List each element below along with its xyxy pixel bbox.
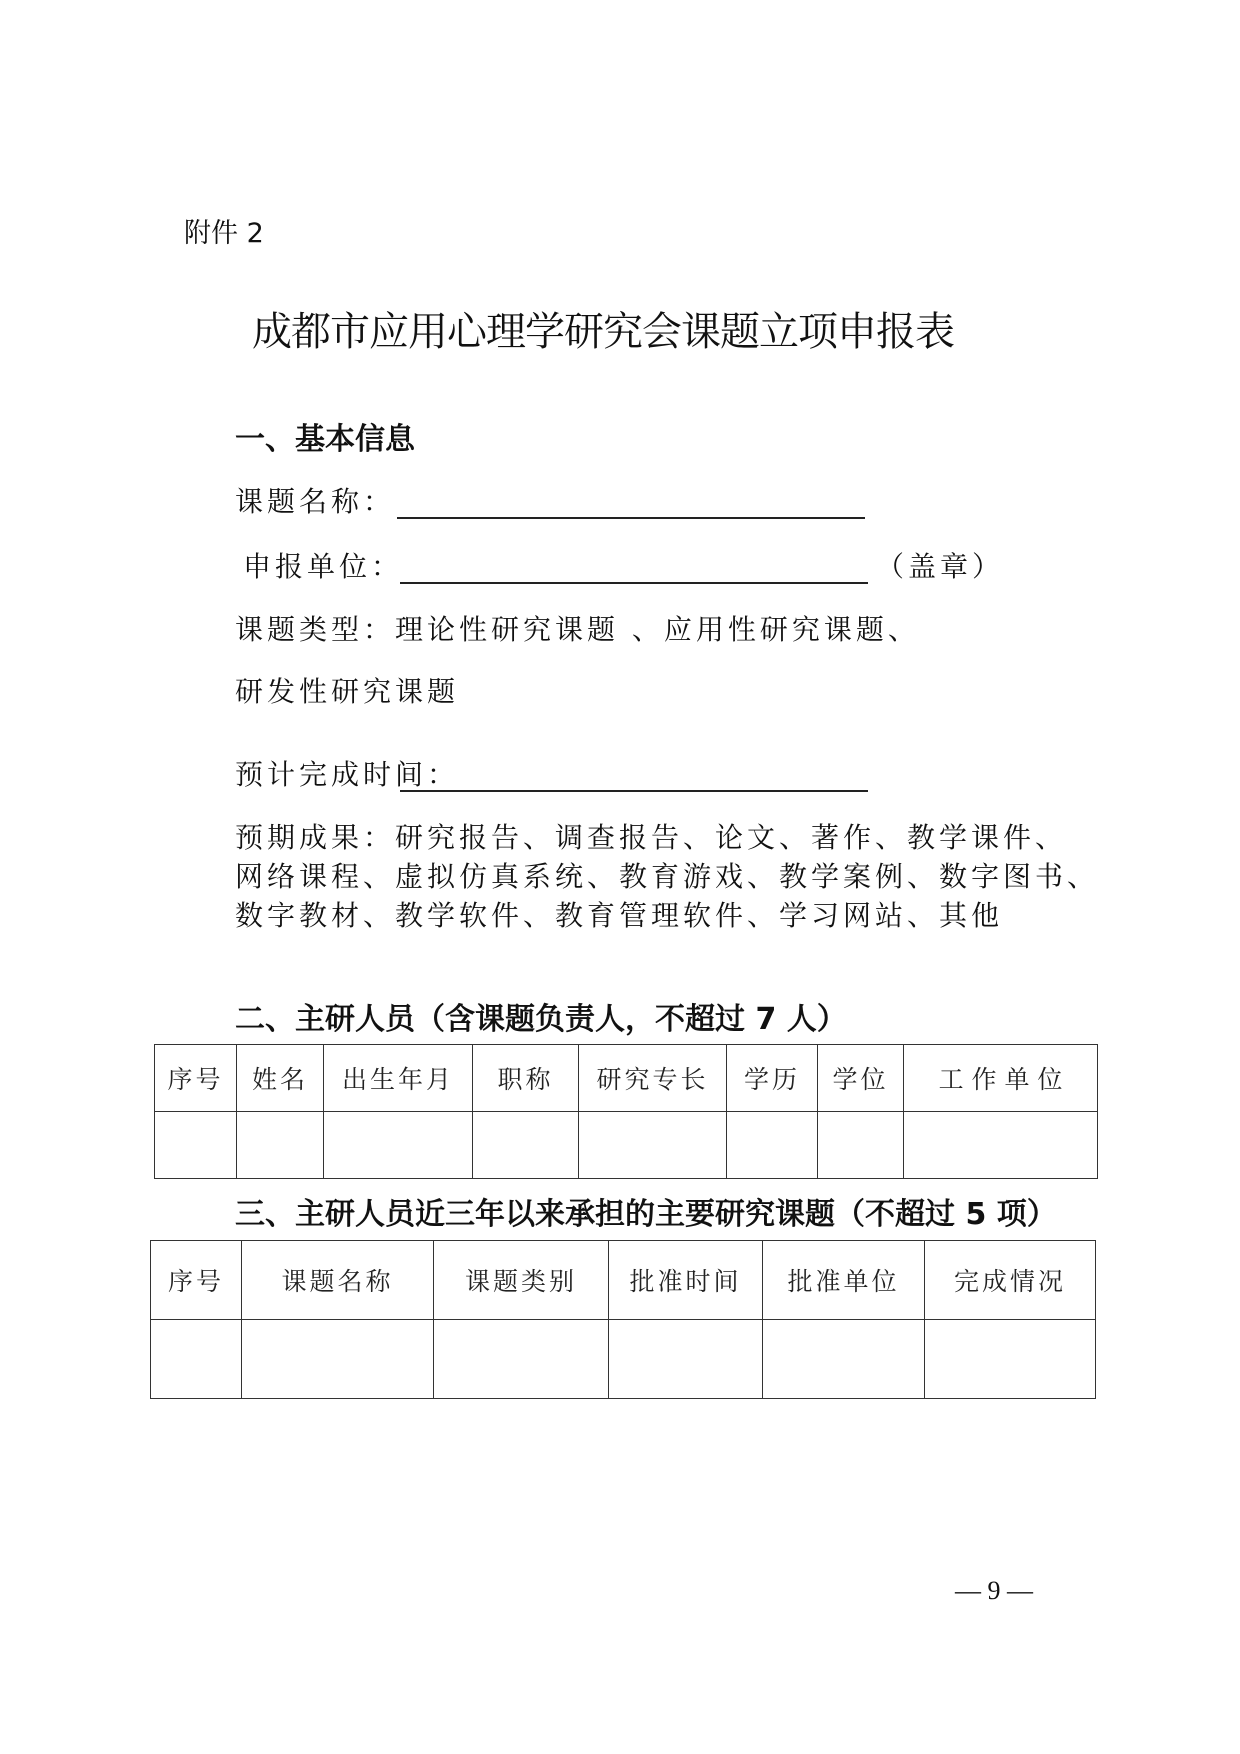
table-cell[interactable] bbox=[237, 1112, 324, 1179]
table-row bbox=[151, 1320, 1096, 1399]
researchers-table: 序号 姓名 出生年月 职称 研究专长 学历 学位 工 作 单 位 bbox=[154, 1044, 1098, 1179]
column-header: 学位 bbox=[818, 1045, 904, 1112]
table-header-row: 序号 课题名称 课题类别 批准时间 批准单位 完成情况 bbox=[151, 1241, 1096, 1320]
table-cell[interactable] bbox=[242, 1320, 434, 1399]
column-header: 课题类别 bbox=[434, 1241, 609, 1320]
topic-name-field[interactable] bbox=[397, 517, 865, 519]
expected-outcomes-line-3: 数字教材、教学软件、教育管理软件、学习网站、其他 bbox=[235, 902, 1003, 930]
expected-completion-field[interactable] bbox=[400, 790, 868, 792]
table-cell[interactable] bbox=[324, 1112, 473, 1179]
table-cell[interactable] bbox=[473, 1112, 579, 1179]
table-row bbox=[155, 1112, 1098, 1179]
applicant-unit-label: 申报单位： bbox=[243, 553, 403, 581]
column-header: 研究专长 bbox=[579, 1045, 727, 1112]
table-cell[interactable] bbox=[151, 1320, 242, 1399]
topic-type-line-2: 研发性研究课题 bbox=[235, 678, 459, 706]
table-cell[interactable] bbox=[925, 1320, 1096, 1399]
seal-note: （盖章） bbox=[876, 553, 1004, 581]
table-cell[interactable] bbox=[727, 1112, 818, 1179]
table-cell[interactable] bbox=[579, 1112, 727, 1179]
expected-outcomes-line-2: 网络课程、虚拟仿真系统、教育游戏、教学案例、数字图书、 bbox=[235, 863, 1099, 891]
column-header: 学历 bbox=[727, 1045, 818, 1112]
table-cell[interactable] bbox=[609, 1320, 763, 1399]
column-header: 批准时间 bbox=[609, 1241, 763, 1320]
column-header: 完成情况 bbox=[925, 1241, 1096, 1320]
topic-name-label: 课题名称： bbox=[235, 488, 395, 516]
column-header: 序号 bbox=[151, 1241, 242, 1320]
section-researchers-heading: 二、主研人员（含课题负责人，不超过 7 人） bbox=[235, 1005, 847, 1035]
applicant-unit-field[interactable] bbox=[400, 582, 868, 584]
section-projects-heading: 三、主研人员近三年以来承担的主要研究课题（不超过 5 项） bbox=[235, 1200, 1057, 1230]
column-header: 课题名称 bbox=[242, 1241, 434, 1320]
table-cell[interactable] bbox=[155, 1112, 237, 1179]
page-number: — 9 — bbox=[955, 1578, 1033, 1604]
table-cell[interactable] bbox=[818, 1112, 904, 1179]
section-basic-info-heading: 一、基本信息 bbox=[235, 425, 415, 455]
page-title: 成都市应用心理学研究会课题立项申报表 bbox=[252, 312, 954, 352]
expected-completion-label: 预计完成时间： bbox=[235, 761, 459, 789]
table-cell[interactable] bbox=[763, 1320, 925, 1399]
attachment-label: 附件 2 bbox=[184, 220, 264, 247]
column-header: 职称 bbox=[473, 1045, 579, 1112]
column-header: 姓名 bbox=[237, 1045, 324, 1112]
column-header: 批准单位 bbox=[763, 1241, 925, 1320]
column-header: 工 作 单 位 bbox=[904, 1045, 1098, 1112]
topic-type-line-1: 课题类型：理论性研究课题 、应用性研究课题、 bbox=[235, 616, 920, 644]
column-header: 序号 bbox=[155, 1045, 237, 1112]
table-header-row: 序号 姓名 出生年月 职称 研究专长 学历 学位 工 作 单 位 bbox=[155, 1045, 1098, 1112]
projects-table: 序号 课题名称 课题类别 批准时间 批准单位 完成情况 bbox=[150, 1240, 1096, 1399]
expected-outcomes-line-1: 预期成果：研究报告、调查报告、论文、著作、教学课件、 bbox=[235, 824, 1067, 852]
table-cell[interactable] bbox=[434, 1320, 609, 1399]
table-cell[interactable] bbox=[904, 1112, 1098, 1179]
column-header: 出生年月 bbox=[324, 1045, 473, 1112]
